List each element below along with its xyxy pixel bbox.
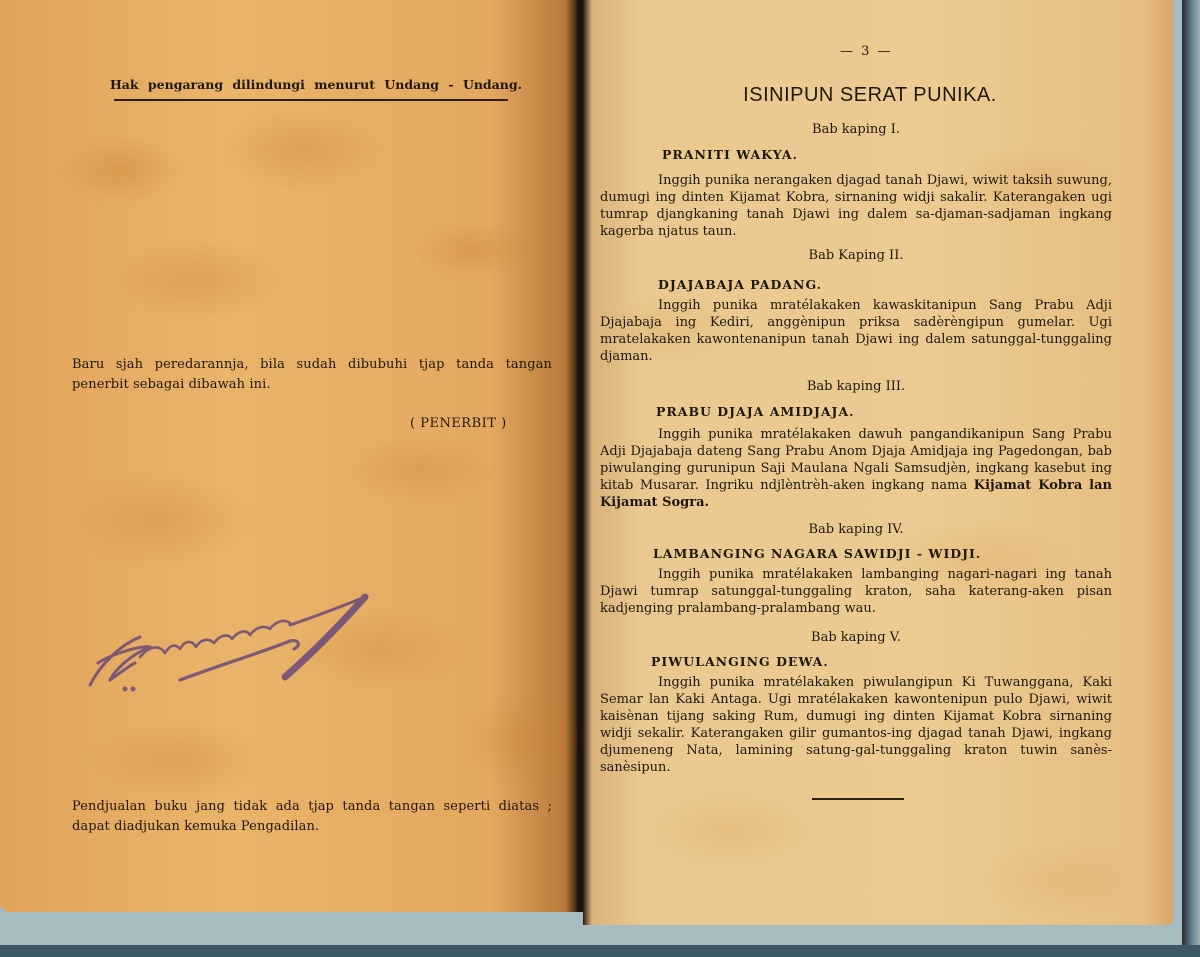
chapter-2-heading: DJAJABAJA PADANG.	[658, 277, 822, 292]
chapter-5-body: Inggih punika mratélakaken piwulangipun …	[600, 674, 1112, 776]
copyright-underline	[114, 99, 508, 101]
chapter-1-number: Bab kaping I.	[600, 122, 1112, 137]
chapter-2-number: Bab Kaping II.	[600, 248, 1112, 263]
chapter-1-body: Inggih punika nerangaken djagad tanah Dj…	[600, 172, 1112, 240]
contents-title: ISINIPUN SERAT PUNIKA.	[700, 84, 1040, 107]
chapter-5-number: Bab kaping V.	[600, 630, 1112, 645]
chapter-4-number: Bab kaping IV.	[600, 522, 1112, 537]
chapter-4-heading: LAMBANGING NAGARA SAWIDJI - WIDJI.	[653, 546, 981, 561]
validity-note: Baru sjah peredarannja, bila sudah dibub…	[72, 355, 552, 395]
signature-icon	[80, 585, 380, 705]
chapter-2-body: Inggih punika mratélakaken kawaskitanipu…	[600, 297, 1112, 365]
chapter-1-heading: PRANITI WAKYA.	[662, 147, 798, 162]
scanner-right-edge	[1182, 0, 1200, 945]
chapter-3-body: Inggih punika mratélakaken dawuh pangand…	[600, 426, 1112, 511]
scanner-edge-strip	[0, 945, 1200, 957]
chapter-5-heading: PIWULANGING DEWA.	[651, 654, 829, 669]
chapter-3-heading: PRABU DJAJA AMIDJAJA.	[656, 404, 855, 419]
chapter-3-number: Bab kaping III.	[600, 379, 1112, 394]
warning-note: Pendjualan buku jang tidak ada tjap tand…	[72, 797, 552, 837]
page-number: — 3 —	[840, 44, 893, 59]
end-rule	[812, 798, 904, 800]
copyright-notice: Hak pengarang dilindungi menurut Undang …	[110, 77, 510, 92]
chapter-4-body: Inggih punika mratélakaken lambanging na…	[600, 566, 1112, 617]
publisher-label: ( PENERBIT )	[410, 416, 507, 431]
left-page	[0, 0, 577, 912]
